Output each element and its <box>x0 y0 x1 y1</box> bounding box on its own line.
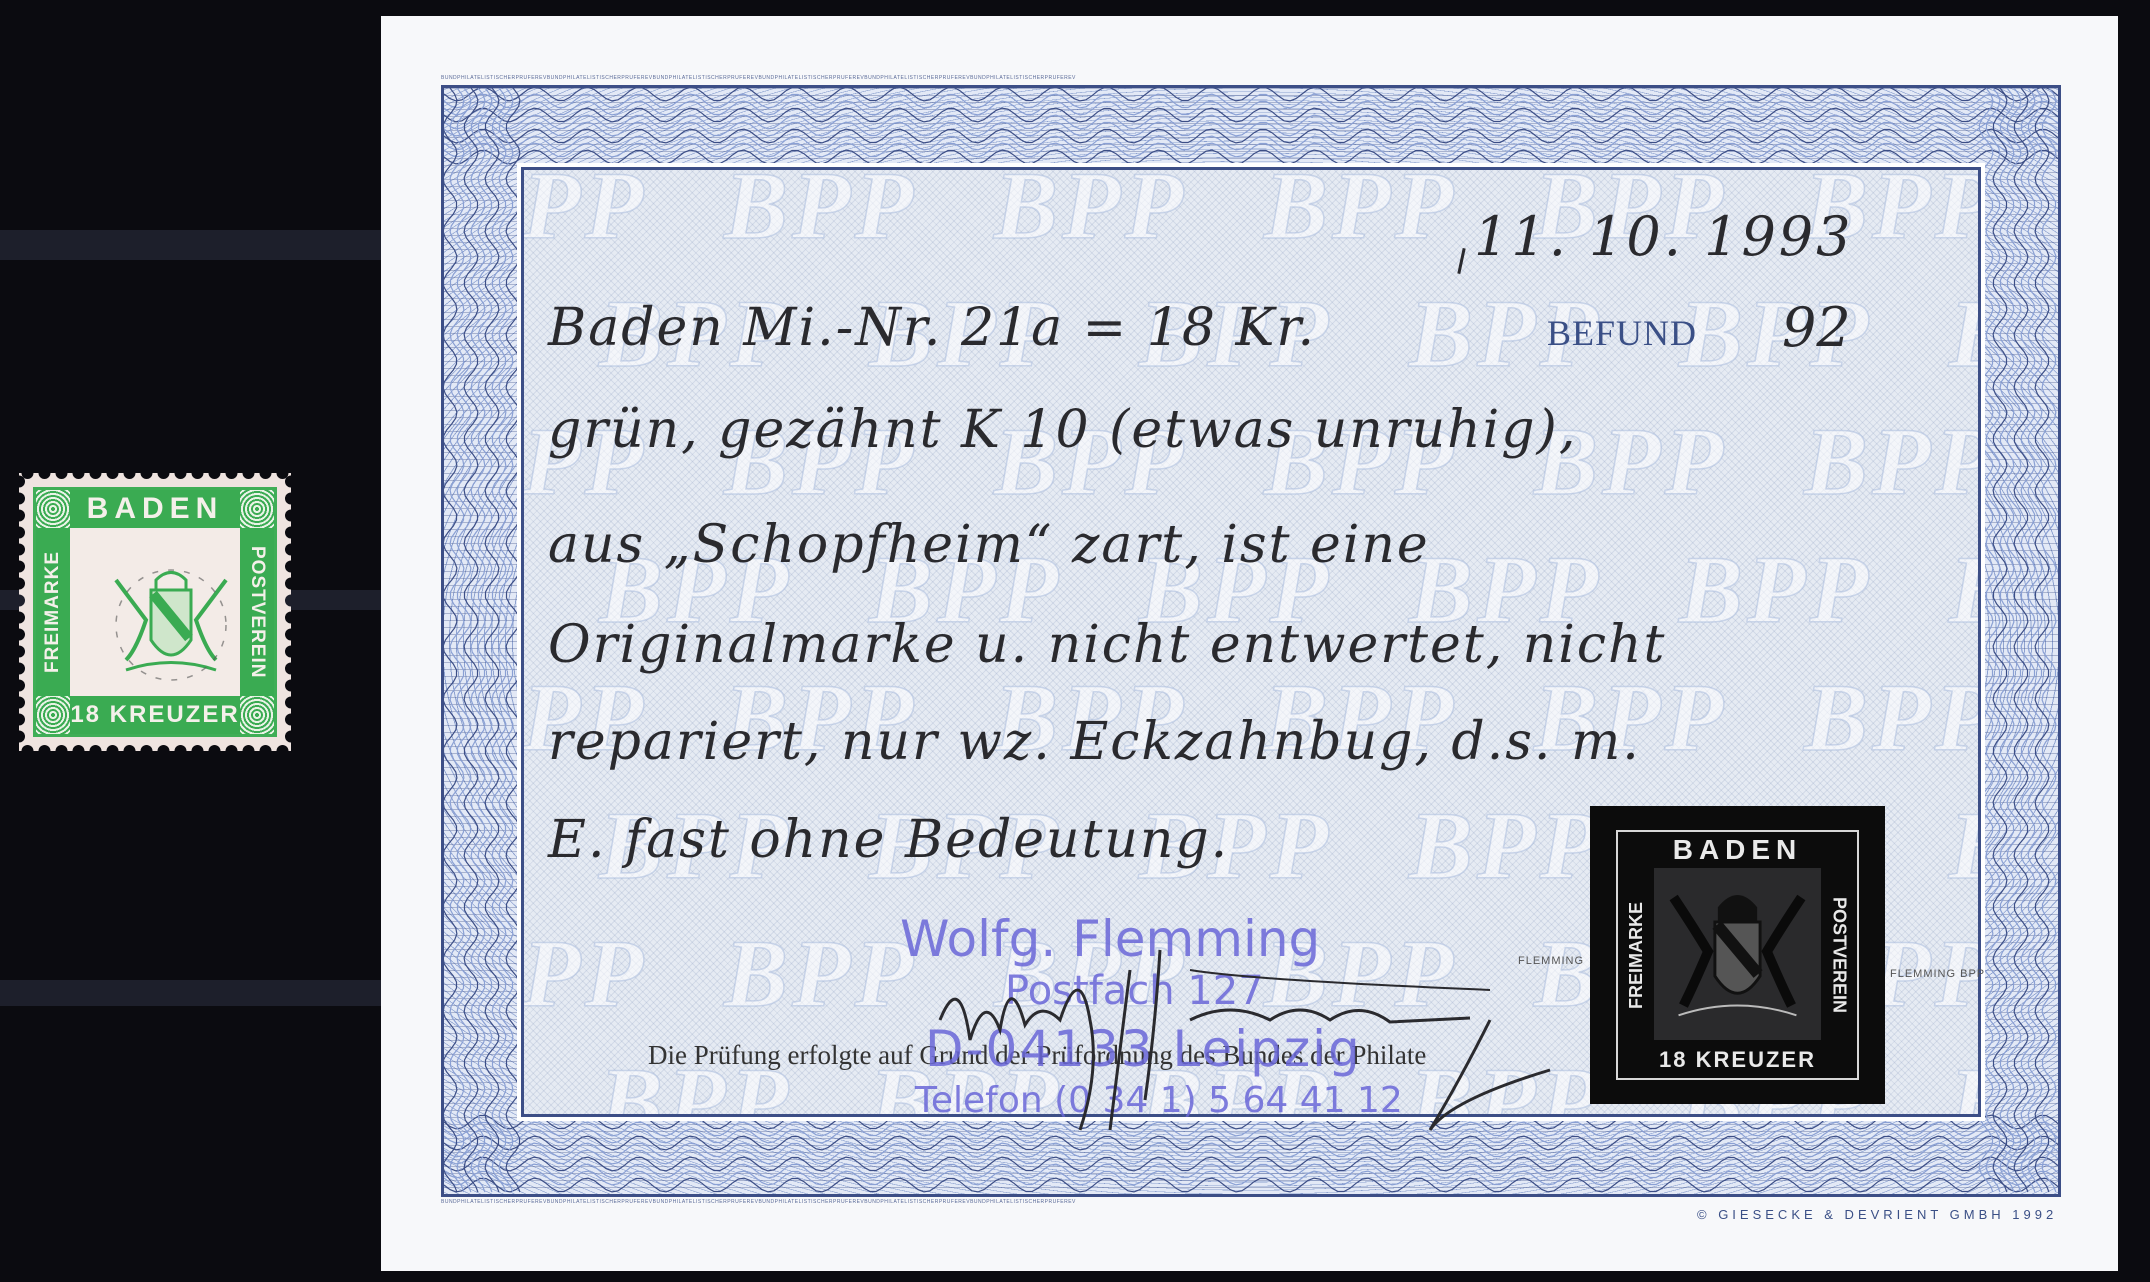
photo-stamp-value: 18 KREUZER <box>1654 1042 1821 1078</box>
bpp-watermark: BPP <box>1949 278 1981 389</box>
handwritten-line: repariert, nur wz. Eckzahnbug, d.s. m. <box>548 712 1641 772</box>
corner-ornament <box>240 696 274 734</box>
bpp-watermark: BPP <box>1264 167 1457 261</box>
handwritten-line: aus „Schopfheim“ zart, ist eine <box>548 515 1430 575</box>
bpp-watermark: BPP <box>994 167 1187 261</box>
befund-number: 92 <box>1782 296 1851 359</box>
bpp-watermark: BPP <box>1949 1046 1981 1117</box>
microprint-bottom: BUNDPHILATELISTISCHERPRÜFEREVBUNDPHILATE… <box>441 1199 2061 1205</box>
copyright-notice: © GIESECKE & DEVRIENT GMBH 1992 <box>1697 1207 2057 1222</box>
bpp-watermark: BPP <box>521 790 522 901</box>
stockpage-strip <box>0 980 381 1006</box>
examiner-mark: FLEMMING <box>1518 955 1584 967</box>
green-stamp: BADEN 18 KREUZER FREIMARKE POSTVEREIN <box>19 473 291 751</box>
bpp-watermark: BPP <box>1679 534 1872 645</box>
photo-stamp: BADEN 18 KREUZER FREIMARKE POSTVEREIN <box>1590 806 1885 1104</box>
bpp-watermark: BPP <box>1409 790 1602 901</box>
bpp-watermark: BPP <box>1804 406 1981 517</box>
photo-stamp-right-label: POSTVEREIN <box>1821 868 1857 1042</box>
corner-ornament <box>240 490 274 528</box>
photo-stamp-country: BADEN <box>1654 832 1821 868</box>
stamp-frame: BADEN 18 KREUZER FREIMARKE POSTVEREIN <box>33 487 277 737</box>
photo-stamp-frame: BADEN 18 KREUZER FREIMARKE POSTVEREIN <box>1616 830 1859 1080</box>
stamp-right-label: POSTVEREIN <box>240 528 274 696</box>
microprint-top: BUNDPHILATELISTISCHERPRÜFEREVBUNDPHILATE… <box>441 75 2061 81</box>
bpp-watermark: BPP <box>1804 662 1981 773</box>
bpp-watermark: BPP <box>724 167 917 261</box>
bpp-watermark: BPP <box>521 1046 522 1117</box>
handwritten-line: grün, gezähnt K 10 (etwas unruhig), <box>548 400 1577 460</box>
corner-ornament <box>36 696 70 734</box>
stamp-country: BADEN <box>70 490 240 528</box>
corner-ornament <box>36 490 70 528</box>
stockpage-strip <box>0 230 381 260</box>
examiner-mark: FLEMMING BPP <box>1890 968 1985 980</box>
photo-stamp-left-label: FREIMARKE <box>1618 868 1654 1042</box>
handwritten-line: E. fast ohne Bedeutung. <box>548 810 1229 870</box>
bpp-watermark: BPP <box>521 918 647 1029</box>
bpp-watermark: BPP <box>724 918 917 1029</box>
bpp-watermark: BPP <box>1949 534 1981 645</box>
befund-label: BEFUND <box>1547 312 1697 354</box>
bpp-watermark: BPP <box>1949 790 1981 901</box>
coat-of-arms-icon <box>1654 868 1821 1040</box>
stamp-left-label: FREIMARKE <box>36 528 70 696</box>
bpp-watermark: BPP <box>521 278 522 389</box>
signature <box>930 930 1590 1160</box>
handwritten-line: Originalmarke u. nicht entwertet, nicht <box>548 615 1666 675</box>
certificate-date: 11. 10. 1993 <box>1474 205 1854 268</box>
bpp-watermark: BPP <box>521 534 522 645</box>
stamp-value: 18 KREUZER <box>70 696 240 734</box>
coat-of-arms-icon <box>106 560 236 690</box>
handwritten-line: Baden Mi.-Nr. 21a = 18 Kr. <box>548 298 1316 358</box>
bpp-watermark: BPP <box>521 167 647 261</box>
